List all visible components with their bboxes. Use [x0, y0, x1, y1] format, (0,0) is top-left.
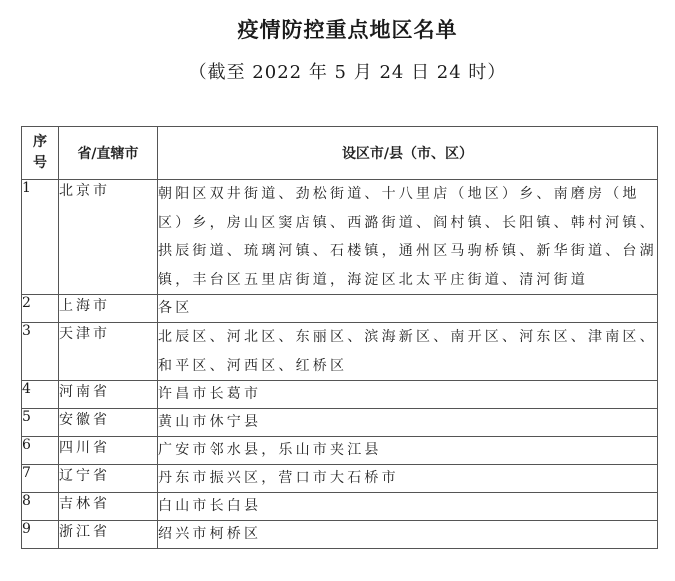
- row-province: 安徽省: [59, 409, 158, 437]
- row-number: 4: [22, 381, 59, 409]
- row-areas: 北辰区、河北区、东丽区、滨海新区、南开区、河东区、津南区、和平区、河西区、红桥区: [158, 323, 658, 381]
- row-areas: 黄山市休宁县: [158, 409, 658, 437]
- row-province: 浙江省: [59, 521, 158, 549]
- header-serial-line2: 号: [22, 153, 58, 174]
- header-areas: 设区市/县（市、区）: [158, 127, 658, 180]
- table-row: 3 天津市 北辰区、河北区、东丽区、滨海新区、南开区、河东区、津南区、和平区、河…: [22, 323, 658, 381]
- header-serial-line1: 序: [22, 132, 58, 153]
- table-row: 7 辽宁省 丹东市振兴区，营口市大石桥市: [22, 465, 658, 493]
- key-areas-table: 序 号 省/直辖市 设区市/县（市、区） 1 北京市 朝阳区双井街道、劲松街道、…: [21, 126, 658, 549]
- row-number: 7: [22, 465, 59, 493]
- row-province: 吉林省: [59, 493, 158, 521]
- table-row: 5 安徽省 黄山市休宁县: [22, 409, 658, 437]
- table-row: 4 河南省 许昌市长葛市: [22, 381, 658, 409]
- table-row: 9 浙江省 绍兴市柯桥区: [22, 521, 658, 549]
- row-number: 5: [22, 409, 59, 437]
- table-row: 1 北京市 朝阳区双井街道、劲松街道、十八里店（地区）乡、南磨房（地区）乡，房山…: [22, 180, 658, 295]
- table-row: 6 四川省 广安市邻水县，乐山市夹江县: [22, 437, 658, 465]
- row-number: 6: [22, 437, 59, 465]
- row-number: 8: [22, 493, 59, 521]
- table-header-row: 序 号 省/直辖市 设区市/县（市、区）: [22, 127, 658, 180]
- row-province: 四川省: [59, 437, 158, 465]
- row-province: 北京市: [59, 180, 158, 295]
- row-number: 1: [22, 180, 59, 295]
- header-province: 省/直辖市: [59, 127, 158, 180]
- row-province: 河南省: [59, 381, 158, 409]
- row-areas: 许昌市长葛市: [158, 381, 658, 409]
- row-number: 2: [22, 295, 59, 323]
- table-row: 8 吉林省 白山市长白县: [22, 493, 658, 521]
- row-areas: 朝阳区双井街道、劲松街道、十八里店（地区）乡、南磨房（地区）乡，房山区窦店镇、西…: [158, 180, 658, 295]
- row-areas: 丹东市振兴区，营口市大石桥市: [158, 465, 658, 493]
- row-number: 3: [22, 323, 59, 381]
- row-areas: 广安市邻水县，乐山市夹江县: [158, 437, 658, 465]
- row-areas: 绍兴市柯桥区: [158, 521, 658, 549]
- row-province: 上海市: [59, 295, 158, 323]
- row-areas: 各区: [158, 295, 658, 323]
- row-areas: 白山市长白县: [158, 493, 658, 521]
- document-subtitle: （截至 2022 年 5 月 24 日 24 时）: [0, 58, 675, 84]
- header-serial-number: 序 号: [22, 127, 59, 180]
- row-province: 辽宁省: [59, 465, 158, 493]
- document-title: 疫情防控重点地区名单: [0, 14, 675, 44]
- row-province: 天津市: [59, 323, 158, 381]
- table-row: 2 上海市 各区: [22, 295, 658, 323]
- row-number: 9: [22, 521, 59, 549]
